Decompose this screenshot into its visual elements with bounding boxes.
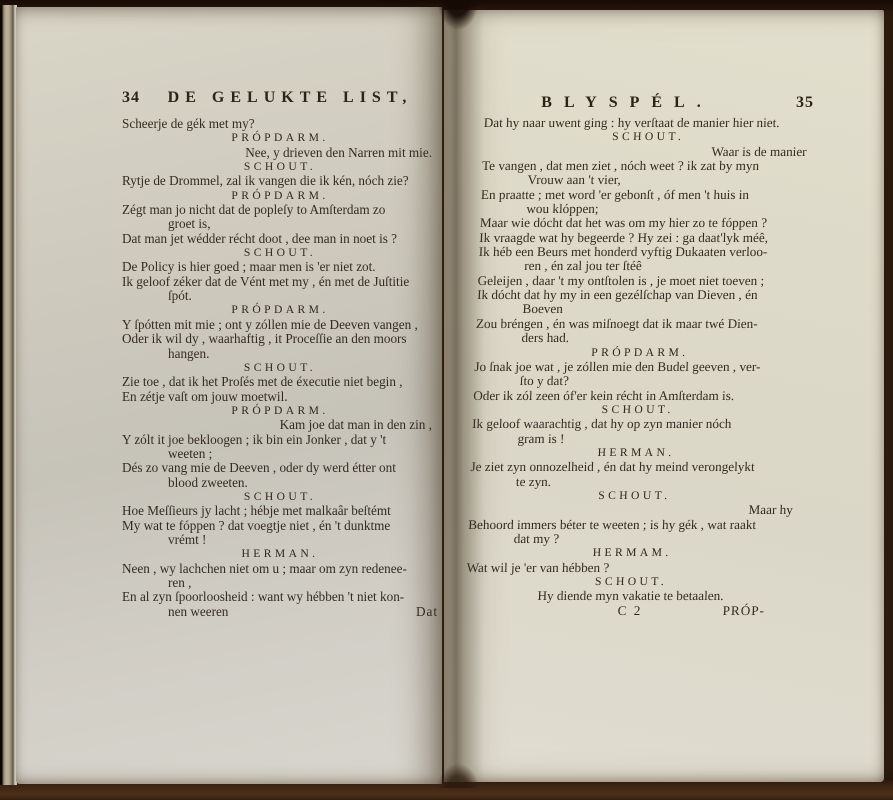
text-line: PRÓPDARM.: [122, 404, 438, 418]
line-text: SCHOUT.: [598, 489, 671, 502]
right-page-text: Dat hy naar uwent ging : hy verſtaat de …: [465, 116, 814, 618]
text-line: blood zweeten.: [122, 476, 438, 490]
text-line: Neen , wy lachchen niet om u ; maar om z…: [122, 562, 438, 576]
text-line: Jo ſnak joe wat , je zóllen mie den Bude…: [474, 360, 805, 374]
text-line: Oder ik zól zeen óf'er kein récht in Amſ…: [473, 389, 804, 403]
line-text: Vrouw aan 't vier,: [527, 172, 621, 187]
line-text: Oder ik zól zeen óf'er kein récht in Amſ…: [473, 388, 734, 403]
line-text: HERMAN.: [597, 446, 674, 459]
line-text: dat my ?: [513, 531, 559, 546]
text-line: Scheerje de gék met my?: [122, 117, 438, 131]
line-text: weeten ;: [168, 446, 212, 461]
line-text: En praatte ; met word 'er gebonſt , óf m…: [481, 187, 750, 202]
catchword: PRÓP-: [722, 604, 765, 618]
line-text: En zétje vaſt om jouw moetwil.: [122, 389, 288, 404]
text-line: C 2PRÓP-: [465, 604, 796, 618]
line-text: SCHOUT.: [601, 403, 674, 416]
line-text: gram is !: [517, 431, 564, 446]
text-line: En praatte ; met word 'er gebonſt , óf m…: [481, 188, 812, 202]
line-text: Scheerje de gék met my?: [122, 116, 255, 131]
line-text: Dés zo vang mie de Deeven , oder dy werd…: [122, 460, 396, 475]
text-line: Je ziet zyn onnozelheid , én dat hy mein…: [470, 460, 801, 474]
text-line: Waar is de manier: [482, 145, 813, 159]
text-line: SCHOUT.: [469, 489, 800, 503]
line-text: ren ,: [168, 575, 191, 590]
line-text: te zyn.: [516, 474, 552, 489]
line-text: Neen , wy lachchen niet om u ; maar om z…: [122, 561, 407, 576]
text-line: Hoe Meſſieurs jy lacht ; hébje met malka…: [122, 504, 438, 518]
line-text: Maar wie dócht dat het was om my hier zo…: [480, 215, 768, 230]
right-page: BLYSPÉL. 35 Dat hy naar uwent ging : hy …: [444, 10, 884, 782]
line-text: Maar hy: [748, 502, 793, 517]
text-line: Maar hy: [469, 503, 800, 517]
left-running-title: DE GELUKTE LIST,: [140, 89, 440, 107]
line-text: Ik geloof waarachtig , dat hy op zyn man…: [472, 416, 732, 431]
text-line: SCHOUT.: [122, 361, 438, 375]
line-text: Jo ſnak joe wat , je zóllen mie den Bude…: [474, 359, 761, 374]
line-text: blood zweeten.: [168, 475, 248, 490]
left-page-text: Scheerje de gék met my?PRÓPDARM.Nee, y d…: [122, 117, 438, 619]
text-line: SCHOUT.: [472, 403, 803, 417]
text-line: Behoord immers béter te weeten ; is hy g…: [468, 518, 799, 532]
text-line: Dat hy naar uwent ging : hy verſtaat de …: [483, 116, 814, 130]
text-line: Zégt man jo nicht dat de popleſy to Amſt…: [122, 203, 438, 217]
text-line: Zie toe , dat ik het Proſés met de éxecu…: [122, 375, 438, 389]
text-line: Ik héb een Beurs met honderd vyftig Duka…: [478, 245, 809, 259]
text-line: En zétje vaſt om jouw moetwil.: [122, 390, 438, 404]
line-text: Oder ik wil dy , waarhaftig , it Proceſſ…: [122, 331, 407, 346]
text-line: ren ,: [122, 576, 438, 590]
text-line: Maar wie dócht dat het was om my hier zo…: [480, 216, 811, 230]
text-line: SCHOUT.: [122, 490, 438, 504]
catchword: Dat: [416, 605, 438, 619]
line-text: Kam joe dat man in den zin ,: [280, 417, 432, 432]
line-text: HERMAN.: [242, 547, 319, 560]
line-text: PRÓPDARM.: [231, 131, 328, 144]
text-line: HERMAN.: [471, 446, 802, 460]
line-text: Ik héb een Beurs met honderd vyftig Duka…: [479, 244, 768, 259]
text-line: groet is,: [122, 217, 438, 231]
line-text: SCHOUT.: [244, 246, 316, 259]
line-text: SCHOUT.: [595, 575, 668, 588]
text-line: Te vangen , dat men ziet , nóch weet ? i…: [482, 159, 813, 173]
line-text: SCHOUT.: [244, 160, 316, 173]
left-page-header: 34 DE GELUKTE LIST,: [122, 89, 440, 107]
line-text: HERMAM.: [593, 546, 672, 559]
text-line: PRÓPDARM.: [122, 131, 438, 145]
text-line: PRÓPDARM.: [475, 346, 806, 360]
line-text: Rytje de Drommel, zal ik vangen die ik k…: [122, 173, 409, 188]
line-text: PRÓPDARM.: [231, 303, 328, 316]
text-line: Ik dócht dat hy my in een gezélſchap van…: [477, 288, 808, 302]
text-line: ren , én zal jou ter ſtéê: [478, 259, 809, 273]
text-line: My wat te fóppen ? dat voegtje niet , én…: [122, 519, 438, 533]
text-line: ſpót.: [122, 289, 438, 303]
line-text: Hy diende myn vakatie te betaalen.: [537, 588, 724, 603]
text-line: vrémt !: [122, 533, 438, 547]
text-line: SCHOUT.: [466, 575, 797, 589]
text-line: HERMAM.: [467, 546, 798, 560]
text-line: wou klóppen;: [480, 202, 811, 216]
line-text: Zégt man jo nicht dat de popleſy to Amſt…: [122, 202, 385, 217]
line-text: En al zyn ſpoorloosheid : want wy hébben…: [122, 589, 404, 604]
line-text: Je ziet zyn onnozelheid , én dat hy mein…: [470, 459, 755, 474]
text-line: Dés zo vang mie de Deeven , oder dy werd…: [122, 461, 438, 475]
text-line: Ik geloof zéker dat de Vént met my , én …: [122, 275, 438, 289]
line-text: Ik geloof zéker dat de Vént met my , én …: [122, 274, 409, 289]
line-text: ſpót.: [168, 288, 192, 303]
line-text: vrémt !: [168, 532, 206, 547]
text-line: Ik vraagde wat hy begeerde ? Hy zei : ga…: [479, 231, 810, 245]
text-line: Vrouw aan 't vier,: [481, 173, 812, 187]
text-line: weeten ;: [122, 447, 438, 461]
line-text: Zie toe , dat ik het Proſés met de éxecu…: [122, 374, 403, 389]
right-running-title: BLYSPÉL.: [484, 94, 770, 112]
book-photo: 34 DE GELUKTE LIST, Scheerje de gék met …: [0, 0, 893, 800]
line-text: Dat man jet wédder récht doot , dee man …: [122, 231, 397, 246]
line-text: PRÓPDARM.: [231, 404, 328, 417]
page-edge-stack: [0, 5, 17, 785]
line-text: ren , én zal jou ter ſtéê: [524, 258, 642, 273]
text-line: En al zyn ſpoorloosheid : want wy hébben…: [122, 590, 438, 604]
text-line: gram is !: [471, 432, 802, 446]
text-line: hangen.: [122, 347, 438, 361]
line-text: Te vangen , dat men ziet , nóch weet ? i…: [482, 158, 760, 173]
text-line: te zyn.: [470, 475, 801, 489]
line-text: SCHOUT.: [612, 130, 685, 143]
text-line: Nee, y drieven den Narren mit mie.: [122, 146, 438, 160]
line-text: groet is,: [168, 216, 211, 231]
line-text: Y ſpótten mit mie ; ont y zóllen mie de …: [122, 317, 418, 332]
line-text: C 2: [617, 603, 642, 618]
line-text: ders had.: [521, 330, 569, 345]
line-text: wou klóppen;: [526, 201, 599, 216]
line-text: Hoe Meſſieurs jy lacht ; hébje met malka…: [122, 503, 391, 518]
right-page-header: BLYSPÉL. 35: [484, 94, 828, 112]
text-line: SCHOUT.: [122, 160, 438, 174]
text-line: Boeven: [476, 302, 807, 316]
line-text: SCHOUT.: [244, 490, 316, 503]
text-line: Y ſpótten mit mie ; ont y zóllen mie de …: [122, 318, 438, 332]
text-line: Ik geloof waarachtig , dat hy op zyn man…: [472, 417, 803, 431]
line-text: hangen.: [168, 346, 209, 361]
text-line: Geleijen , daar 't my ontſtolen is , je …: [477, 274, 808, 288]
text-line: Oder ik wil dy , waarhaftig , it Proceſſ…: [122, 332, 438, 346]
line-text: Nee, y drieven den Narren mit mie.: [245, 145, 432, 160]
text-line: Y zólt it joe bekloogen ; ik bin ein Jon…: [122, 433, 438, 447]
text-line: ſto y dat?: [474, 374, 805, 388]
line-text: Behoord immers béter te weeten ; is hy g…: [468, 517, 756, 532]
right-page-number: 35: [770, 94, 828, 112]
text-line: De Policy is hier goed ; maar men is 'er…: [122, 260, 438, 274]
line-text: My wat te fóppen ? dat voegtje niet , én…: [122, 518, 390, 533]
line-text: Zou bréngen , én was miſnoegt dat ik maa…: [476, 316, 758, 331]
text-line: nen weerenDat: [122, 605, 438, 619]
text-line: Hy diende myn vakatie te betaalen.: [465, 589, 796, 603]
text-line: Dat man jet wédder récht doot , dee man …: [122, 232, 438, 246]
text-line: PRÓPDARM.: [122, 303, 438, 317]
line-text: nen weeren: [168, 604, 228, 619]
left-page-number: 34: [122, 89, 140, 107]
line-text: Boeven: [522, 301, 563, 316]
line-text: Dat hy naar uwent ging : hy verſtaat de …: [483, 115, 779, 130]
line-text: PRÓPDARM.: [231, 189, 328, 202]
text-line: SCHOUT.: [122, 246, 438, 260]
line-text: De Policy is hier goed ; maar men is 'er…: [122, 259, 376, 274]
text-line: dat my ?: [467, 532, 798, 546]
text-line: ders had.: [475, 331, 806, 345]
text-line: HERMAN.: [122, 547, 438, 561]
line-text: Wat wil je 'er van hébben ?: [466, 560, 609, 575]
text-line: PRÓPDARM.: [122, 189, 438, 203]
line-text: Y zólt it joe bekloogen ; ik bin ein Jon…: [122, 432, 386, 447]
line-text: SCHOUT.: [244, 361, 316, 374]
line-text: Waar is de manier: [711, 144, 807, 159]
line-text: Geleijen , daar 't my ontſtolen is , je …: [477, 273, 764, 288]
text-line: Kam joe dat man in den zin ,: [122, 418, 438, 432]
text-line: Rytje de Drommel, zal ik vangen die ik k…: [122, 174, 438, 188]
text-line: SCHOUT.: [483, 130, 814, 144]
line-text: Ik dócht dat hy my in een gezélſchap van…: [477, 287, 758, 302]
text-line: Zou bréngen , én was miſnoegt dat ik maa…: [476, 317, 807, 331]
line-text: ſto y dat?: [520, 373, 570, 388]
line-text: Ik vraagde wat hy begeerde ? Hy zei : ga…: [479, 230, 768, 245]
left-page: 34 DE GELUKTE LIST, Scheerje de gék met …: [16, 7, 442, 784]
line-text: PRÓPDARM.: [591, 346, 689, 359]
text-line: Wat wil je 'er van hébben ?: [466, 561, 797, 575]
